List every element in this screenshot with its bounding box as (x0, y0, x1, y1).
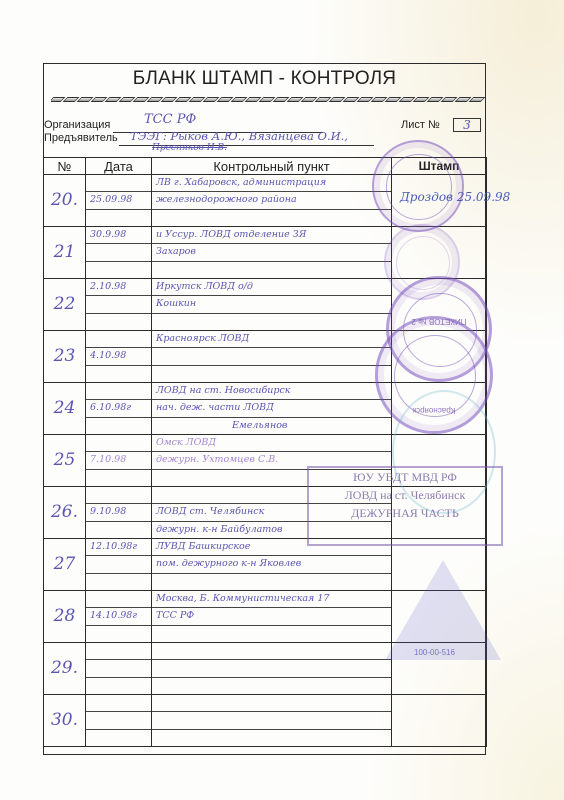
checkpoint-line[interactable]: ЛОВД ст. Челябинск (152, 504, 391, 521)
checkpoint-line[interactable] (152, 470, 391, 486)
checkpoint-line[interactable]: Москва, Б. Коммунистическая 17 (152, 591, 391, 608)
header-checkpoint: Контрольный пункт (152, 158, 392, 175)
row-number: 25 (44, 435, 85, 486)
row-date[interactable]: 25.09.98 (86, 192, 151, 209)
table-row: 22 2.10.98 Иркутск ЛОВД о/дКошкин (44, 279, 487, 331)
row-number: 28 (44, 591, 85, 642)
checkpoint-line[interactable]: Захаров (152, 244, 391, 261)
checkpoint-line[interactable]: Емельянов (152, 418, 391, 434)
stamp-cell[interactable] (392, 435, 487, 487)
row-date[interactable]: 14.10.98г (86, 608, 151, 625)
checkpoint-line[interactable] (152, 730, 391, 746)
stamp-cell[interactable] (392, 331, 487, 383)
checkpoint-line[interactable]: Омск ЛОВД (152, 435, 391, 452)
checkpoint-line[interactable]: Красноярск ЛОВД (152, 331, 391, 348)
row-date[interactable]: 4.10.98 (86, 348, 151, 365)
checkpoint-line[interactable]: дежурн. Ухтомцев С.В. (152, 452, 391, 469)
row-number: 29. (44, 643, 85, 694)
sheet-number-label: Лист № (401, 119, 440, 131)
stamp-cell[interactable] (392, 695, 487, 747)
stamp-cell[interactable] (392, 227, 487, 279)
checkpoint-line[interactable] (152, 314, 391, 330)
checkpoint-line[interactable]: железнодорожного района (152, 192, 391, 209)
checkpoint-line[interactable]: ЛВ г. Хабаровск, администрация (152, 175, 391, 192)
checkpoint-line[interactable] (152, 210, 391, 226)
checkpoint-line[interactable] (152, 712, 391, 729)
table-row: 27 12.10.98г ЛУВД Башкирскоепом. дежурно… (44, 539, 487, 591)
checkpoint-line[interactable]: Кошкин (152, 296, 391, 313)
checkpoint-line[interactable]: ТСС РФ (152, 608, 391, 625)
table-row: 25 7.10.98 Омск ЛОВДдежурн. Ухтомцев С.В… (44, 435, 487, 487)
stamp-cell[interactable] (392, 487, 487, 539)
header-date: Дата (86, 158, 152, 175)
sheet-number-field[interactable]: 3 (453, 118, 481, 132)
presenter-struck-value: Пресняков И.В. (152, 143, 227, 153)
row-date[interactable]: 2.10.98 (86, 279, 151, 296)
decorative-stripe (51, 97, 487, 103)
row-number: 26. (44, 487, 85, 538)
stamp-cell[interactable] (392, 539, 487, 591)
header-stamp: Штамп (392, 158, 487, 175)
organization-label: Организация (44, 119, 110, 131)
row-number: 21 (44, 227, 85, 278)
header-number: № (44, 158, 86, 175)
checkpoint-line[interactable]: Иркутск ЛОВД о/д (152, 279, 391, 296)
checkpoint-line[interactable] (152, 487, 391, 504)
checkpoint-line[interactable] (152, 262, 391, 278)
control-table: № Дата Контрольный пункт Штамп 20. 25.09… (43, 157, 487, 747)
checkpoint-line[interactable]: пом. дежурного к-н Яковлев (152, 556, 391, 573)
checkpoint-line[interactable]: и Уссур. ЛОВД отделение ЗЯ (152, 227, 391, 244)
row-date[interactable]: 6.10.98г (86, 400, 151, 417)
table-row: 24 6.10.98г ЛОВД на ст. Новосибирскнач. … (44, 383, 487, 435)
table-row: 29. (44, 643, 487, 695)
row-number: 27 (44, 539, 85, 590)
checkpoint-line[interactable]: дежурн. к-н Байбулатов (152, 522, 391, 538)
table-row: 20. 25.09.98 ЛВ г. Хабаровск, администра… (44, 175, 487, 227)
checkpoint-line[interactable] (152, 348, 391, 365)
checkpoint-line[interactable] (152, 366, 391, 382)
checkpoint-line[interactable] (152, 626, 391, 642)
table-row: 26. 9.10.98 ЛОВД ст. Челябинскдежурн. к-… (44, 487, 487, 539)
stamp-cell[interactable] (392, 279, 487, 331)
stamp-control-form: БЛАНК ШТАМП - КОНТРОЛЯ Организация ТСС Р… (43, 63, 486, 755)
row-number: 20. (44, 175, 85, 226)
checkpoint-line[interactable] (152, 643, 391, 660)
row-date[interactable]: 12.10.98г (86, 539, 151, 556)
stamp-cell[interactable] (392, 591, 487, 643)
row-number: 24 (44, 383, 85, 434)
presenter-label: Предъявитель (44, 132, 118, 144)
checkpoint-line[interactable]: ЛОВД на ст. Новосибирск (152, 383, 391, 400)
row-date[interactable]: 9.10.98 (86, 504, 151, 521)
row-date[interactable]: 30.9.98 (86, 227, 151, 244)
checkpoint-line[interactable] (152, 695, 391, 712)
checkpoint-line[interactable] (152, 678, 391, 694)
stamp-cell[interactable] (392, 175, 487, 227)
table-row: 23 4.10.98 Красноярск ЛОВД (44, 331, 487, 383)
row-number: 30. (44, 695, 85, 746)
checkpoint-line[interactable]: ЛУВД Башкирское (152, 539, 391, 556)
form-title: БЛАНК ШТАМП - КОНТРОЛЯ (44, 68, 485, 90)
row-date[interactable]: 7.10.98 (86, 452, 151, 469)
table-row: 28 14.10.98г Москва, Б. Коммунистическая… (44, 591, 487, 643)
row-number: 23 (44, 331, 85, 382)
checkpoint-line[interactable]: нач. деж. части ЛОВД (152, 400, 391, 417)
checkpoint-line[interactable] (152, 574, 391, 590)
stamp-cell[interactable] (392, 643, 487, 695)
row-date[interactable] (86, 660, 151, 677)
row-date[interactable] (86, 712, 151, 729)
table-header-row: № Дата Контрольный пункт Штамп (44, 158, 487, 175)
table-row: 21 30.9.98 и Уссур. ЛОВД отделение ЗЯЗах… (44, 227, 487, 279)
row-number: 22 (44, 279, 85, 330)
presenter-value[interactable]: ТЭЭГ: Рыков А.Ю., Вязанцева О.И., (130, 129, 348, 143)
stamp-cell[interactable] (392, 383, 487, 435)
table-row: 30. (44, 695, 487, 747)
checkpoint-line[interactable] (152, 660, 391, 677)
organization-value[interactable]: ТСС РФ (144, 112, 196, 127)
